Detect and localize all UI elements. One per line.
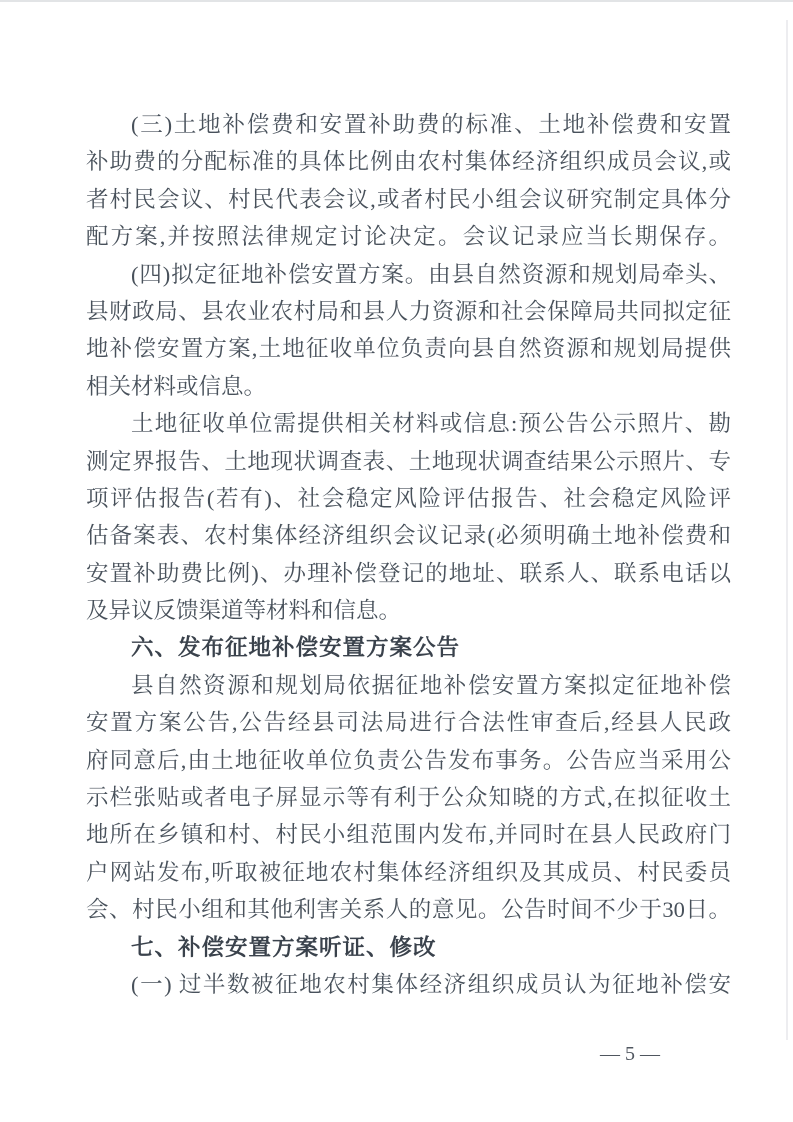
section-heading: 七、补偿安置方案听证、修改 [86, 929, 731, 966]
text-line: 安置方案公告,公告经县司法局进行合法性审查后,经县人民政 [86, 704, 731, 741]
text-line: 县财政局、县农业农村局和县人力资源和社会保障局共同拟定征 [86, 293, 731, 330]
scan-right-edge-artifact [786, 20, 788, 1040]
text-line: 估备案表、农村集体经济组织会议记录(必须明确土地补偿费和 [86, 517, 731, 554]
text-line: 土地征收单位需提供相关材料或信息:预公告公示照片、勘 [86, 405, 731, 442]
text-line: 安置补助费比例)、办理补偿登记的地址、联系人、联系电话以 [86, 555, 731, 592]
page-number: — 5 — [575, 1040, 685, 1068]
text-line: 项评估报告(若有)、社会稳定风险评估报告、社会稳定风险评 [86, 480, 731, 517]
text-line: 府同意后,由土地征收单位负责公告发布事务。公告应当采用公 [86, 742, 731, 779]
text-line: 会、村民小组和其他利害关系人的意见。公告时间不少于30日。 [86, 891, 731, 928]
text-line: 补助费的分配标准的具体比例由农村集体经济组织成员会议,或 [86, 143, 731, 180]
text-line: (三)土地补偿费和安置补助费的标准、土地补偿费和安置 [86, 106, 731, 143]
document-page: (三)土地补偿费和安置补助费的标准、土地补偿费和安置补助费的分配标准的具体比例由… [0, 0, 793, 1122]
text-line: 相关材料或信息。 [86, 368, 731, 405]
text-line: 及异议反馈渠道等材料和信息。 [86, 592, 731, 629]
text-line: 者村民会议、村民代表会议,或者村民小组会议研究制定具体分 [86, 181, 731, 218]
text-line: (四)拟定征地补偿安置方案。由县自然资源和规划局牵头、 [86, 256, 731, 293]
text-line: (一) 过半数被征地农村集体经济组织成员认为征地补偿安 [86, 966, 731, 1003]
text-line: 测定界报告、土地现状调查表、土地现状调查结果公示照片、专 [86, 443, 731, 480]
text-line: 地补偿安置方案,土地征收单位负责向县自然资源和规划局提供 [86, 330, 731, 367]
text-line: 地所在乡镇和村、村民小组范围内发布,并同时在县人民政府门 [86, 816, 731, 853]
text-line: 县自然资源和规划局依据征地补偿安置方案拟定征地补偿 [86, 667, 731, 704]
scan-top-edge-artifact [0, 0, 793, 2]
text-line: 示栏张贴或者电子屏显示等有利于公众知晓的方式,在拟征收土 [86, 779, 731, 816]
section-heading: 六、发布征地补偿安置方案公告 [86, 629, 731, 666]
text-line: 配方案,并按照法律规定讨论决定。会议记录应当长期保存。 [86, 218, 731, 255]
document-body: (三)土地补偿费和安置补助费的标准、土地补偿费和安置补助费的分配标准的具体比例由… [86, 106, 731, 1003]
text-line: 户网站发布,听取被征地农村集体经济组织及其成员、村民委员 [86, 854, 731, 891]
